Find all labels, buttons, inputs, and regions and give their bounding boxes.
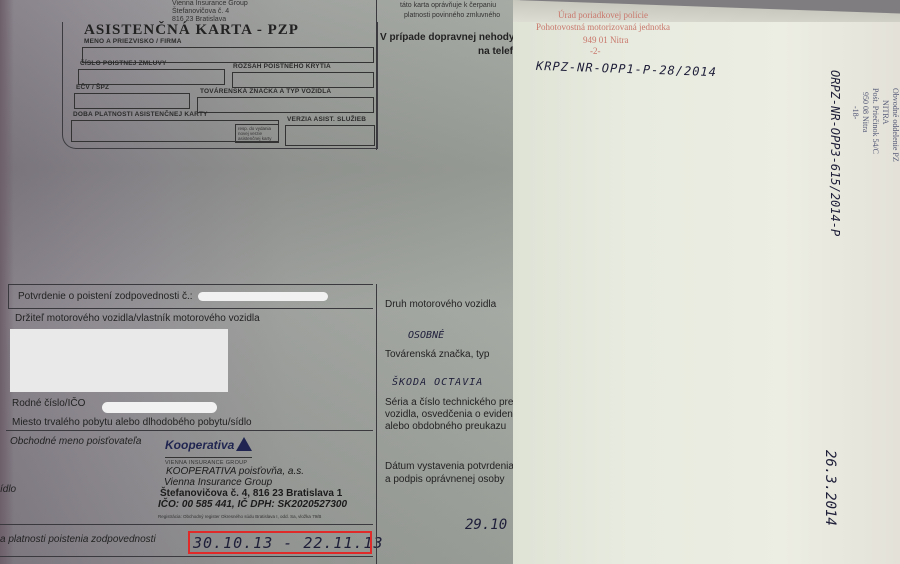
page-edge-shadow	[0, 0, 14, 564]
validity-label: a platnosti poistenia zodpovednosti	[0, 534, 156, 545]
field-plate	[74, 93, 190, 109]
issue-label: Dátum vystavenia potvrdenia a podpis opr…	[385, 460, 514, 486]
address-label: Miesto trvalého pobytu alebo dlhodobého …	[12, 417, 252, 428]
field-label-coverage: ROZSAH POISTNÉHO KRYTIA	[233, 63, 331, 70]
redacted-id-number	[102, 402, 217, 413]
insurer-group: Vienna Insurance Group	[158, 477, 347, 488]
field-label-plate: EČV / ŠPZ	[76, 84, 109, 91]
vehicle-type-label: Druh motorového vozidla	[385, 299, 496, 310]
accident-top-line-1: táto karta oprávňuje k čerpaniu	[400, 2, 496, 9]
cert-left-border	[8, 284, 9, 308]
insurer-details: KOOPERATIVA poisťovňa, a.s. Vienna Insur…	[158, 466, 347, 522]
field-version	[285, 125, 375, 146]
sidlo-fragment: ídlo	[0, 484, 16, 495]
series-label-line-3: alebo obdobného preukazu	[385, 421, 513, 433]
validity-note: resp. do vydania novej verzie asistenčne…	[235, 124, 279, 143]
field-coverage	[232, 72, 374, 88]
logo-triangle-icon	[236, 437, 252, 451]
date-rotated: 26.3.2014	[822, 450, 838, 526]
field-vehicle-make	[197, 97, 374, 113]
series-label-line-1: Séria a číslo technického pre	[385, 397, 513, 409]
field-label-policy-number: ČÍSLO POISTNEJ ZMLUVY	[80, 60, 167, 67]
divider	[0, 524, 373, 525]
issue-label-line-2: a podpis oprávnenej osoby	[385, 473, 514, 486]
redacted-holder-name	[10, 329, 228, 392]
kooperativa-logo: Kooperativa VIENNA INSURANCE GROUP	[165, 436, 252, 466]
reference-number-rotated: ORPZ-NR-OPP3-615/2014-P	[828, 70, 842, 236]
accident-top-line-2: platnosti povinného zmluvného	[404, 12, 500, 19]
field-label-vehicle-make: TOVÁRENSKÁ ZNAČKA A TYP VOZIDLA	[200, 88, 331, 95]
header-line-1: Vienna Insurance Group	[172, 0, 248, 8]
accident-notice-line-2: na telef	[478, 46, 513, 57]
id-number-label: Rodné číslo/IČO	[12, 398, 85, 409]
red-stamp-line-1: Úrad poriadkovej polície	[558, 10, 648, 20]
accident-notice-line-1: V prípade dopravnej nehody	[380, 32, 514, 43]
header-line-2: Štefanovičova č. 4	[172, 8, 248, 16]
blue-stamp-line-5: -18-	[851, 106, 860, 119]
issue-date-value: 29.10	[465, 517, 507, 533]
blue-stamp-line-2: NITRA	[881, 100, 890, 124]
logo-wordmark: Kooperativa	[165, 438, 234, 452]
card-divider	[376, 0, 377, 150]
insurer-address: Štefanovičova č. 4, 816 23 Bratislava 1	[158, 488, 347, 499]
field-label-validity: DOBA PLATNOSTI ASISTENČNEJ KARTY	[73, 111, 208, 118]
blue-stamp-line-3: Pośt. Priečinok 54/C	[871, 88, 880, 154]
insurer-label: Obchodné meno poisťovateľa	[10, 436, 141, 447]
insurer-registration: Registrácia: Obchodný register Okresného…	[158, 511, 347, 522]
cert-number-label: Potvrdenie o poistení zodpovednosti č.:	[18, 291, 193, 302]
insurer-ids: IČO: 00 585 441, IČ DPH: SK2020527300	[158, 499, 347, 510]
vehicle-type-value: OSOBNÉ	[408, 330, 444, 341]
redacted-cert-number	[198, 292, 328, 301]
blue-stamp-line-1: Obvodné oddelenie PZ	[891, 88, 900, 162]
series-label-line-2: vozidla, osvedčenia o eviden	[385, 409, 513, 421]
column-divider	[376, 284, 377, 564]
field-policy-number	[78, 69, 225, 85]
assistance-card-header: Vienna Insurance Group Štefanovičova č. …	[172, 0, 248, 24]
assistance-card-title: ASISTENČNÁ KARTA - PZP	[84, 22, 299, 39]
issue-label-line-1: Dátum vystavenia potvrdenia	[385, 460, 514, 473]
insurer-name: KOOPERATIVA poisťovňa, a.s.	[158, 466, 347, 477]
blue-stamp-line-4: 950 08 Nitra	[861, 92, 870, 132]
field-label-version: VERZIA ASIST. SLUŽIEB	[287, 116, 366, 123]
series-label: Séria a číslo technického pre vozidla, o…	[385, 397, 513, 433]
divider	[8, 308, 373, 309]
make-label: Továrenská značka, typ	[385, 349, 490, 360]
logo-subtitle: VIENNA INSURANCE GROUP	[165, 457, 252, 466]
red-stamp-line-4: -2-	[590, 46, 601, 56]
holder-label: Držiteľ motorového vozidla/vlastník moto…	[15, 313, 260, 324]
make-value: ŠKODA OCTAVIA	[392, 377, 483, 388]
divider	[6, 430, 373, 431]
red-stamp-line-2: Pohotovostná motorizovaná jednotka	[536, 22, 670, 32]
validity-highlight-box	[188, 531, 372, 554]
cert-top-border	[8, 284, 373, 285]
divider	[0, 556, 373, 557]
red-stamp-line-3: 949 01 Nitra	[583, 35, 629, 45]
field-label-name: MENO A PRIEZVISKO / FIRMA	[84, 38, 182, 45]
